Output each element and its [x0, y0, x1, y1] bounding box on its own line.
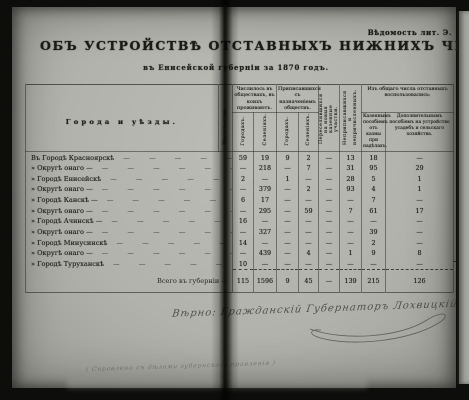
- cell-value: —: [386, 216, 454, 227]
- column-header-resettled: Переселившихся на новыя казенные участки…: [319, 85, 340, 152]
- gutter-column: Жительства.: [219, 85, 233, 152]
- cell-value: —: [319, 205, 340, 216]
- cell-value: 2: [299, 184, 319, 195]
- table-row: » Городѣ Енисейскѣ— — — — — — — —2—1——28…: [26, 173, 454, 184]
- cell-value: 9: [362, 248, 386, 259]
- cell-value: —: [340, 259, 362, 270]
- column-header-unregistered: Неприписавшихся и непричисленныхъ.: [340, 85, 362, 152]
- cell-value: 379: [254, 184, 277, 195]
- cell-value: —: [233, 205, 254, 216]
- cell-value: 1: [386, 184, 454, 195]
- cell-value: 7: [299, 163, 319, 174]
- total-row: Всего въ губерніи — 115 1596 9 45 — 139 …: [26, 270, 454, 293]
- leader-dashes: — — — — — — — —: [102, 217, 232, 225]
- cell-value: —: [233, 227, 254, 238]
- cell-value: —: [319, 184, 340, 195]
- row-label: » Городѣ Туруханскѣ— — — — — — — —: [26, 259, 233, 270]
- cell-value: —: [254, 237, 277, 248]
- leader-dashes: — — — — — — — —: [107, 239, 232, 247]
- cell-value: 4: [362, 184, 386, 195]
- table-row: » Городѣ Канскѣ —— — — — — — — —617————7…: [26, 195, 454, 206]
- cell-value: —: [277, 259, 299, 270]
- cell-value: —: [340, 195, 362, 206]
- table-row: » Городѣ Минусинскѣ— — — — — — — —14————…: [26, 237, 454, 248]
- subcolumn-towns-2: Городахъ.: [277, 113, 299, 152]
- cell-value: —: [299, 173, 319, 184]
- statistics-table: Города и уѣзды. Жительства. Числилось въ…: [25, 84, 454, 293]
- row-label: » Городѣ Минусинскѣ— — — — — — — —: [26, 237, 233, 248]
- cell-value: —: [319, 237, 340, 248]
- cell-value: 39: [362, 227, 386, 238]
- subcolumn-villages-2: Селеніяхъ.: [299, 113, 319, 152]
- subcolumn-towns-1: Городахъ.: [233, 113, 254, 152]
- cell-value: —: [233, 248, 254, 259]
- table-body: Въ Городѣ Красноярскѣ— — — — — — — —5919…: [26, 152, 454, 270]
- cell-value: —: [299, 237, 319, 248]
- cell-value: —: [340, 216, 362, 227]
- book-scan: Вѣдомость лит. Э. ОБЪ УСТРОЙСТВѢ ОТСТАВН…: [0, 0, 469, 400]
- leader-dashes: — — — — — — — —: [93, 164, 232, 172]
- cell-value: 5: [362, 173, 386, 184]
- cell-value: 7: [362, 195, 386, 206]
- row-label: » Городѣ Канскѣ —— — — — — — — —: [26, 195, 233, 206]
- cell-value: —: [340, 227, 362, 238]
- total-value: 139: [340, 270, 362, 293]
- cell-value: 28: [340, 173, 362, 184]
- total-value: 215: [362, 270, 386, 293]
- cell-value: —: [277, 237, 299, 248]
- total-value: 115: [233, 270, 254, 293]
- cell-value: 1: [386, 173, 454, 184]
- cell-value: —: [319, 259, 340, 270]
- cell-value: —: [362, 259, 386, 270]
- gutter-column-label: Жительства.: [223, 112, 228, 145]
- cell-value: —: [386, 237, 454, 248]
- cell-value: 18: [362, 152, 386, 163]
- cell-value: —: [277, 205, 299, 216]
- subcolumn-villages-1: Селеніяхъ.: [254, 113, 277, 152]
- cell-value: —: [362, 216, 386, 227]
- total-value: 9: [277, 270, 299, 293]
- cell-value: —: [386, 195, 454, 206]
- cell-value: 218: [254, 163, 277, 174]
- cell-value: —: [254, 259, 277, 270]
- cell-value: 9: [277, 152, 299, 163]
- cell-value: 4: [299, 248, 319, 259]
- cell-value: —: [299, 195, 319, 206]
- leader-dashes: — — — — — — — —: [93, 207, 232, 215]
- cell-value: —: [319, 195, 340, 206]
- table-row: Въ Городѣ Красноярскѣ— — — — — — — —5919…: [26, 152, 454, 163]
- row-label: » Округѣ онаго —— — — — — — — —: [26, 227, 233, 238]
- row-label: » Округѣ онаго —— — — — — — — —: [26, 248, 233, 259]
- cell-value: 2: [233, 173, 254, 184]
- leader-dashes: — — — — — — — —: [101, 175, 232, 183]
- subcolumn-state-allowance: Казеннымъ пособіемъ отъ казны при надѣла…: [362, 113, 386, 152]
- table-row: » Округѣ онаго —— — — — — — — ——439—4—19…: [26, 248, 454, 259]
- cell-value: 31: [340, 163, 362, 174]
- page-subtitle: въ Енисейской губерніи за 1870 годъ.: [40, 63, 432, 72]
- cell-value: 10: [233, 259, 254, 270]
- column-header-cities-districts: Города и уѣзды.: [26, 85, 219, 152]
- cell-value: 7: [340, 205, 362, 216]
- cell-value: 439: [254, 248, 277, 259]
- cell-value: 2: [299, 152, 319, 163]
- table-row: » Городѣ Ачинскѣ —— — — — — — — —16—————…: [26, 216, 454, 227]
- cell-value: —: [340, 237, 362, 248]
- table-row: » Округѣ онаго —— — — — — — — ——327————3…: [26, 227, 454, 238]
- cell-value: 1: [277, 173, 299, 184]
- page-title: ОБЪ УСТРОЙСТВѢ ОТСТАВНЫХЪ НИЖНИХЪ ЧИНОВЪ: [40, 38, 432, 53]
- cell-value: 16: [233, 216, 254, 227]
- table-row: » Округѣ онаго —— — — — — — — ——379—2—93…: [26, 184, 454, 195]
- cell-value: 29: [386, 163, 454, 174]
- group-header-benefits: Изъ общаго числа отставныхъ воспользовал…: [362, 85, 454, 113]
- cell-value: 17: [386, 205, 454, 216]
- row-label: » Округѣ онаго —— — — — — — — —: [26, 163, 233, 174]
- cell-value: —: [319, 173, 340, 184]
- group-header-counted: Числилось въ обществахъ, въ коихъ прожив…: [233, 85, 277, 113]
- cell-value: —: [319, 152, 340, 163]
- cell-value: —: [233, 184, 254, 195]
- cell-value: 13: [340, 152, 362, 163]
- leader-dashes: — — — — — — — —: [93, 249, 232, 257]
- cell-value: —: [277, 248, 299, 259]
- cell-value: 95: [362, 163, 386, 174]
- document-page: Вѣдомость лит. Э. ОБЪ УСТРОЙСТВѢ ОТСТАВН…: [12, 7, 456, 388]
- row-label: » Округѣ онаго —— — — — — — — —: [26, 184, 233, 195]
- cell-value: 8: [386, 248, 454, 259]
- cell-value: —: [386, 152, 454, 163]
- cell-value: —: [277, 195, 299, 206]
- total-value: 126: [386, 270, 454, 293]
- row-label: Въ Городѣ Красноярскѣ— — — — — — — —: [26, 152, 233, 163]
- cell-value: 17: [254, 195, 277, 206]
- table-row: » Городѣ Туруханскѣ— — — — — — — —10————…: [26, 259, 454, 270]
- cell-value: 2: [362, 237, 386, 248]
- cell-value: —: [299, 227, 319, 238]
- cell-value: —: [299, 216, 319, 227]
- total-value: 1596: [254, 270, 277, 293]
- row-label: » Округѣ онаго —— — — — — — — —: [26, 205, 233, 216]
- cell-value: —: [233, 163, 254, 174]
- cell-value: —: [254, 216, 277, 227]
- total-value: 45: [299, 270, 319, 293]
- cell-value: —: [277, 216, 299, 227]
- table-row: » Округѣ онаго —— — — — — — — ——218—7—31…: [26, 163, 454, 174]
- cell-value: —: [299, 259, 319, 270]
- group-header-registered: Приписавшихся съ назначеніемъ обществъ.: [277, 85, 319, 113]
- cell-value: —: [277, 227, 299, 238]
- table-row: » Округѣ онаго —— — — — — — — ——295—59—7…: [26, 205, 454, 216]
- cell-value: 327: [254, 227, 277, 238]
- leader-dashes: — — — — — — — —: [114, 154, 232, 162]
- cell-value: 61: [362, 205, 386, 216]
- corner-note: Вѣдомость лит. Э.: [368, 28, 452, 37]
- cell-value: 59: [299, 205, 319, 216]
- cell-value: —: [319, 248, 340, 259]
- adjacent-page-edge: [457, 11, 469, 384]
- leader-dashes: — — — — — — — —: [93, 228, 232, 236]
- cell-value: 295: [254, 205, 277, 216]
- handwritten-footnote: ( Справлено съ дѣлами губернскаго правле…: [86, 356, 387, 373]
- cell-value: 6: [233, 195, 254, 206]
- leader-dashes: — — — — — — — —: [98, 196, 232, 204]
- cell-value: —: [319, 216, 340, 227]
- signature-flourish: [307, 307, 457, 347]
- total-label: Всего въ губерніи —: [26, 270, 233, 293]
- cell-value: —: [386, 259, 454, 270]
- row-label: » Городѣ Ачинскѣ —— — — — — — — —: [26, 216, 233, 227]
- cell-value: —: [277, 163, 299, 174]
- row-label: » Городѣ Енисейскѣ— — — — — — — —: [26, 173, 233, 184]
- cell-value: —: [386, 227, 454, 238]
- cell-value: —: [254, 173, 277, 184]
- leader-dashes: — — — — — — — —: [104, 260, 232, 268]
- cell-value: —: [319, 227, 340, 238]
- cell-value: —: [277, 184, 299, 195]
- table-header: Города и уѣзды. Жительства. Числилось въ…: [26, 85, 454, 152]
- cell-value: 14: [233, 237, 254, 248]
- total-value: —: [319, 270, 340, 293]
- cell-value: —: [319, 163, 340, 174]
- cell-value: 93: [340, 184, 362, 195]
- cell-value: 19: [254, 152, 277, 163]
- leader-dashes: — — — — — — — —: [93, 185, 232, 193]
- subcolumn-additional-allowance: Дополнительнымъ пособіемъ на устройство …: [386, 113, 454, 152]
- cell-value: 1: [340, 248, 362, 259]
- scan-artifact: [67, 377, 367, 388]
- cell-value: 59: [233, 152, 254, 163]
